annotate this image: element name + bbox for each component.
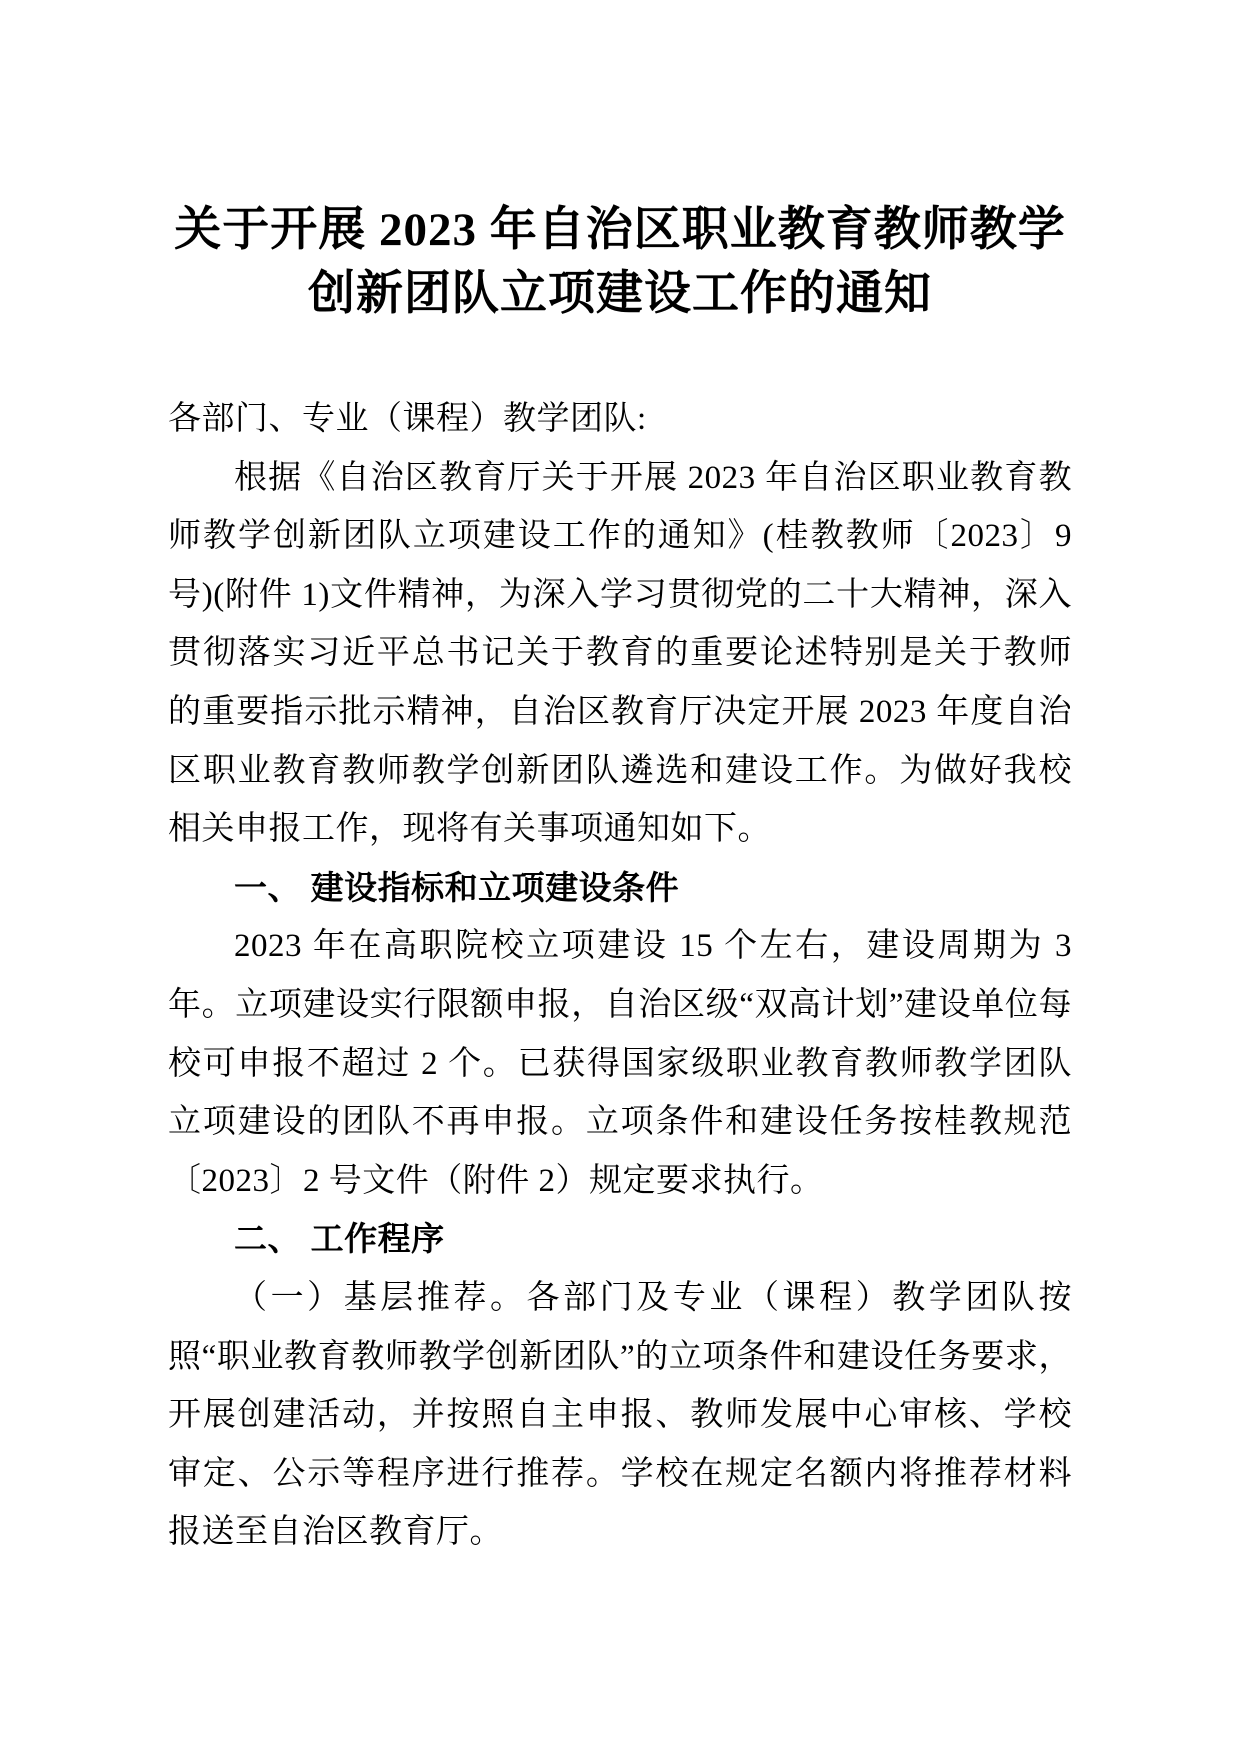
document-title-line-1: 关于开展 2023 年自治区职业教育教师教学 bbox=[168, 198, 1072, 262]
document-title: 关于开展 2023 年自治区职业教育教师教学 创新团队立项建设工作的通知 bbox=[168, 198, 1072, 326]
paragraph-intro: 根据《自治区教育厅关于开展 2023 年自治区职业教育教师教学创新团队立项建设工… bbox=[168, 449, 1072, 859]
paragraph-section-2: （一）基层推荐。各部门及专业（课程）教学团队按照“职业教育教师教学创新团队”的立… bbox=[168, 1269, 1072, 1562]
salutation-line: 各部门、专业（课程）教学团队: bbox=[168, 390, 1072, 449]
document-page: 关于开展 2023 年自治区职业教育教师教学 创新团队立项建设工作的通知 各部门… bbox=[0, 0, 1240, 1753]
paragraph-section-1: 2023 年在高职院校立项建设 15 个左右，建设周期为 3 年。立项建设实行限… bbox=[168, 917, 1072, 1210]
section-heading-2: 二、 工作程序 bbox=[168, 1210, 1072, 1269]
section-heading-1: 一、 建设指标和立项建设条件 bbox=[168, 859, 1072, 918]
document-body: 各部门、专业（课程）教学团队: 根据《自治区教育厅关于开展 2023 年自治区职… bbox=[168, 390, 1072, 1562]
document-title-line-2: 创新团队立项建设工作的通知 bbox=[168, 262, 1072, 326]
